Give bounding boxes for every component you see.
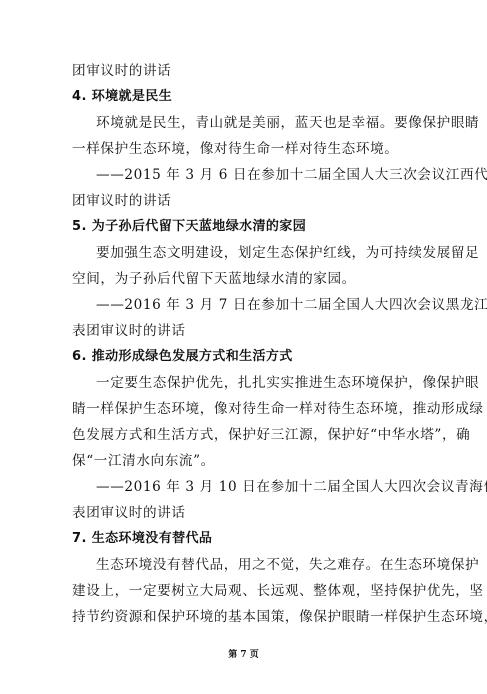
paragraph-line: 空间，为子孙后代留下天蓝地绿水清的家园。 xyxy=(72,266,417,292)
section-heading-6: 6. 推动形成绿色发展方式和生活方式 xyxy=(72,344,417,370)
citation-line: 表团审议时的讲话 xyxy=(72,500,417,526)
section-heading-7: 7. 生态环境没有替代品 xyxy=(72,526,417,552)
section-heading-5: 5. 为子孙后代留下天蓝地绿水清的家园 xyxy=(72,214,417,240)
paragraph-line: 生态环境没有替代品，用之不觉，失之难存。在生态环境保护 xyxy=(72,552,417,578)
paragraph-line: 一样保护生态环境，像对待生命一样对待生态环境。 xyxy=(72,136,417,162)
paragraph-line: 环境就是民生，青山就是美丽，蓝天也是幸福。要像保护眼睛 xyxy=(72,110,417,136)
paragraph-line: 建设上，一定要树立大局观、长远观、整体观，坚持保护优先，坚 xyxy=(72,578,417,604)
citation-line: 表团审议时的讲话 xyxy=(72,318,417,344)
paragraph-line: 持节约资源和保护环境的基本国策，像保护眼睛一样保护生态环境， xyxy=(72,604,417,630)
text-line: 团审议时的讲话 xyxy=(72,58,417,84)
section-heading-4: 4. 环境就是民生 xyxy=(72,84,417,110)
page-number: 第 7 页 xyxy=(0,647,487,660)
document-page: 团审议时的讲话 4. 环境就是民生 环境就是民生，青山就是美丽，蓝天也是幸福。要… xyxy=(72,58,417,630)
paragraph-line: 睛一样保护生态环境，像对待生命一样对待生态环境，推动形成绿 xyxy=(72,396,417,422)
citation-line: ——2016 年 3 月 7 日在参加十二届全国人大四次会议黑龙江代 xyxy=(72,292,417,318)
paragraph-line: 要加强生态文明建设，划定生态保护红线，为可持续发展留足 xyxy=(72,240,417,266)
paragraph-line: 色发展方式和生活方式，保护好三江源，保护好“中华水塔”，确 xyxy=(72,422,417,448)
paragraph-line: 一定要生态保护优先，扎扎实实推进生态环境保护，像保护眼 xyxy=(72,370,417,396)
citation-line: ——2015 年 3 月 6 日在参加十二届全国人大三次会议江西代表 xyxy=(72,162,417,188)
citation-line: 团审议时的讲话 xyxy=(72,188,417,214)
paragraph-line: 保“一江清水向东流”。 xyxy=(72,448,417,474)
citation-line: ——2016 年 3 月 10 日在参加十二届全国人大四次会议青海代 xyxy=(72,474,417,500)
